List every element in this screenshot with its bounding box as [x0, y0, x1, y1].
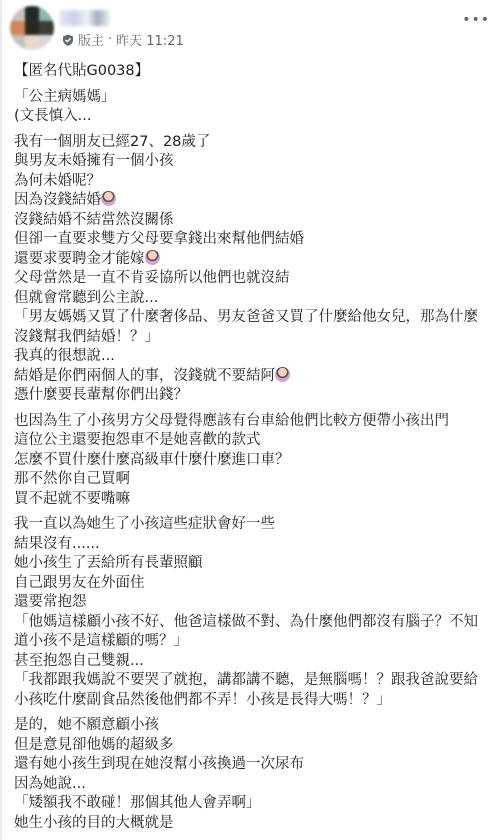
- text-line: 因為她說...: [14, 775, 490, 795]
- post-meta: 版主 · 昨天 11:21: [62, 30, 184, 49]
- post-body: 【匿名代貼G0038】「公主病媽媽」(文長慎入...我有一個朋友已經27、28歲…: [14, 62, 490, 839]
- text-line: 也因為生了小孩男方父母覺得應該有台車給他們比較方便帶小孩出門: [14, 412, 490, 432]
- paragraph: 「公主病媽媽」(文長慎入...: [14, 88, 490, 127]
- paragraph: 我有一個朋友已經27、28歲了與男友未婚擁有一個小孩為何未婚呢？因為沒錢結婚沒錢…: [14, 133, 490, 406]
- text-line: 但卻一直要求雙方父母要拿錢出來幫他們結婚: [14, 230, 490, 250]
- text-line: 那不然你自己買啊: [14, 470, 490, 490]
- paragraph: 也因為生了小孩男方父母覺得應該有台車給他們比較方便帶小孩出門這位公主還要抱怨車不…: [14, 412, 490, 510]
- text-line: 結果沒有......: [14, 535, 490, 555]
- text-line: 但就會常聽到公主說...: [14, 289, 490, 309]
- text-line: 怎麼不買什麼什麼高級車什麼什麼進口車？: [14, 451, 490, 471]
- text-line: 與男友未婚擁有一個小孩: [14, 152, 490, 172]
- text-line: 我真的很想說...: [14, 347, 490, 367]
- role-label: 版主: [78, 30, 104, 49]
- text-line: 她生小孩的目的大概就是: [14, 814, 490, 834]
- text-line: 為何未婚呢？: [14, 172, 490, 192]
- text-line: 「男友媽媽又買了什麼奢侈品、男友爸爸又買了什麼給他女兒，那為什麼沒錢幫我們結婚！…: [14, 308, 490, 347]
- text-line: 還要求要聘金才能嫁: [14, 250, 490, 270]
- text-line: 我一直以為她生了小孩這些症狀會好一些: [14, 515, 490, 535]
- shield-check-icon: [62, 34, 74, 46]
- text-line: 但是意見卻他媽的超級多: [14, 736, 490, 756]
- post-header: 版主 · 昨天 11:21 •••: [0, 0, 500, 52]
- left-border: [0, 0, 2, 840]
- text-line: 「公主病媽媽」: [14, 88, 490, 108]
- text-line: 是的，她不願意顧小孩: [14, 716, 490, 736]
- meta-separator: ·: [108, 32, 112, 47]
- avatar[interactable]: [10, 6, 54, 50]
- text-line: 「矮額我不敢碰！那個其他人會弄啊」: [14, 794, 490, 814]
- text-line: 買不起就不要嘴嘛: [14, 490, 490, 510]
- paragraph: 【匿名代貼G0038】: [14, 62, 490, 82]
- author-name-redacted[interactable]: [60, 10, 110, 26]
- more-options-button[interactable]: •••: [462, 12, 490, 28]
- woman-facepalming-emoji-icon: [275, 367, 290, 382]
- text-line: 還有她小孩生到現在她沒幫小孩換過一次尿布: [14, 755, 490, 775]
- paragraph: 我一直以為她生了小孩這些症狀會好一些結果沒有......她小孩生了丟給所有長輩照…: [14, 515, 490, 710]
- text-line: 「我都跟我媽說不要哭了就抱，講都講不聽，是無腦嗎！？跟我爸說要給小孩吃什麼副食品…: [14, 671, 490, 710]
- text-line: 我有一個朋友已經27、28歲了: [14, 133, 490, 153]
- text-line: 還要常抱怨: [14, 593, 490, 613]
- text-line: 自己跟男友在外面住: [14, 574, 490, 594]
- text-line: 這位公主還要抱怨車不是她喜歡的款式: [14, 431, 490, 451]
- text-line: 父母當然是一直不肯妥協所以他們也就沒結: [14, 269, 490, 289]
- woman-facepalming-emoji-icon: [145, 250, 160, 265]
- text-line: 「他媽這樣顧小孩不好、他爸這樣做不對、為什麼他們都沒有腦子？不知道小孩不是這樣顧…: [14, 613, 490, 652]
- paragraph: 是的，她不願意顧小孩但是意見卻他媽的超級多還有她小孩生到現在她沒幫小孩換過一次尿…: [14, 716, 490, 833]
- text-line: 沒錢結婚不結當然沒關係: [14, 211, 490, 231]
- woman-facepalming-emoji-icon: [101, 191, 116, 206]
- post-time[interactable]: 昨天 11:21: [116, 30, 184, 49]
- text-line: 她小孩生了丟給所有長輩照顧: [14, 554, 490, 574]
- text-line: 結婚是你們兩個人的事，沒錢就不要結阿: [14, 367, 490, 387]
- text-line: 【匿名代貼G0038】: [14, 62, 490, 82]
- text-line: 憑什麼要長輩幫你們出錢？: [14, 386, 490, 406]
- text-line: 甚至抱怨自己雙親...: [14, 652, 490, 672]
- text-line: (文長慎入...: [14, 107, 490, 127]
- text-line: 因為沒錢結婚: [14, 191, 490, 211]
